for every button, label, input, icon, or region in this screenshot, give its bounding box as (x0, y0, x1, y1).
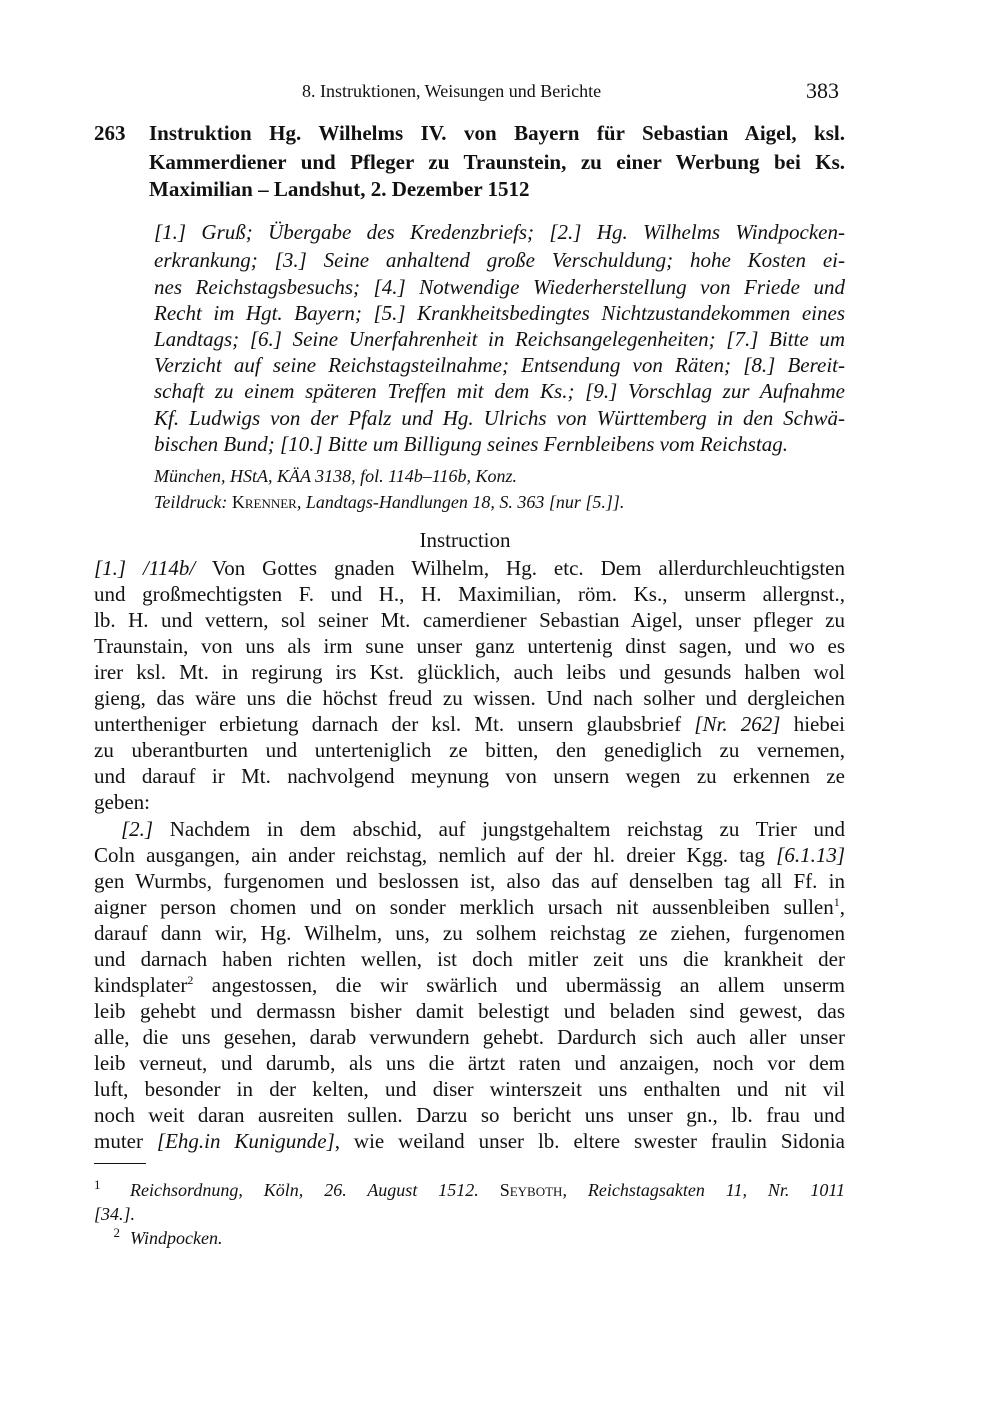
body-line: Coln ausgangen, ain ander reichstag, nem… (94, 843, 845, 868)
body-line: alle, die uns gesehen, darab verwundern … (94, 1025, 845, 1050)
cross-reference: [Nr. 262] (694, 712, 780, 736)
body-line: und großmechtigsten F. und H., H. Maximi… (94, 582, 845, 607)
body-line: untertheniger erbietung darnach der ksl.… (94, 712, 845, 737)
body-line: irer ksl. Mt. in regirung irs Kst. glück… (94, 660, 845, 685)
body-line: und darnach haben richten wellen, ist do… (94, 947, 845, 972)
body-line: [1.] /114b/ Von Gottes gnaden Wilhelm, H… (94, 556, 845, 581)
body-line: kindsplater2 angestossen, die wir swärli… (94, 973, 845, 998)
page-number: 383 (806, 78, 839, 104)
regest-line: [1.] Gruß; Übergabe des Kredenzbriefs; [… (154, 220, 845, 245)
regest-line: schaft zu einem späteren Treffen mit dem… (154, 379, 845, 404)
date-reference: [6.1.13] (776, 843, 845, 867)
section-heading: Instruction (0, 528, 930, 553)
partial-print-reference: Teildruck: Krenner, Landtags-Handlungen … (154, 492, 624, 513)
footnote-1-continuation: [34.]. (94, 1204, 845, 1225)
paragraph-marker: [2.] (121, 817, 153, 841)
author-name: Seyboth (500, 1180, 563, 1200)
body-line: muter [Ehg.in Kunigunde], wie weiland un… (94, 1129, 845, 1154)
regest-line: Verzicht auf seine Reichstagsteilnahme; … (154, 353, 845, 378)
body-line: gieng, das wäre uns die höchst freud zu … (94, 686, 845, 711)
regest-line: Landtags; [6.] Seine Unerfahrenheit in R… (154, 327, 845, 352)
running-title: 8. Instruktionen, Weisungen und Berichte (302, 81, 601, 102)
body-line: darauf dann wir, Hg. Wilhelm, uns, zu so… (94, 921, 845, 946)
regest-line: bischen Bund; [10.] Bitte um Billigung s… (154, 432, 845, 457)
footnote-2: 2Windpocken. (94, 1228, 845, 1249)
document-title-line: Kammerdiener und Pfleger zu Traunstein, … (149, 150, 845, 175)
body-line: [2.] Nachdem in dem abschid, auf jungstg… (121, 817, 845, 842)
regest-line: Kf. Ludwigs von der Pfalz und Hg. Ulrich… (154, 406, 845, 431)
regest-line: Recht im Hgt. Bayern; [5.] Krankheitsbed… (154, 301, 845, 326)
footnote-number: 2 (114, 1225, 121, 1240)
body-line: leib gehebt und dermassn bisher damit be… (94, 999, 845, 1024)
document-number: 263 (94, 121, 126, 146)
regest-line: nes Reichstagsbesuchs; [4.] Notwendige W… (154, 275, 845, 300)
body-line: Traunstain, von uns als irm sune unser g… (94, 634, 845, 659)
footnote-1: 1Reichsordnung, Köln, 26. August 1512. S… (94, 1180, 845, 1201)
body-line: luft, besonder in der kelten, und diser … (94, 1077, 845, 1102)
document-title-line: Maximilian – Landshut, 2. Dezember 1512 (149, 177, 845, 202)
body-line: gen Wurmbs, furgenomen und beslossen ist… (94, 869, 845, 894)
body-line: lb. H. und vettern, sol seiner Mt. camer… (94, 608, 845, 633)
paragraph-marker: [1.] /114b/ (94, 556, 195, 580)
body-line: leib verneut, und darumb, als uns die är… (94, 1051, 845, 1076)
body-line: noch weit daran ausreiten sullen. Darzu … (94, 1103, 845, 1128)
footnote-divider (94, 1163, 146, 1164)
body-line: geben: (94, 790, 845, 815)
body-line: aigner person chomen und on sonder merkl… (94, 895, 845, 920)
regest-line: erkrankung; [3.] Seine anhaltend große V… (154, 248, 845, 273)
person-reference: [Ehg.in Kunigunde] (157, 1129, 335, 1153)
author-name: Krenner (232, 492, 297, 512)
footnote-number: 1 (94, 1177, 101, 1192)
document-title-line: Instruktion Hg. Wilhelms IV. von Bayern … (149, 121, 845, 146)
body-line: zu uberantburten und unterteniglich ze b… (94, 738, 845, 763)
body-line: und darauf ir Mt. nachvolgend meynung vo… (94, 764, 845, 789)
archival-source: München, HStA, KÄA 3138, fol. 114b–116b,… (154, 466, 517, 487)
